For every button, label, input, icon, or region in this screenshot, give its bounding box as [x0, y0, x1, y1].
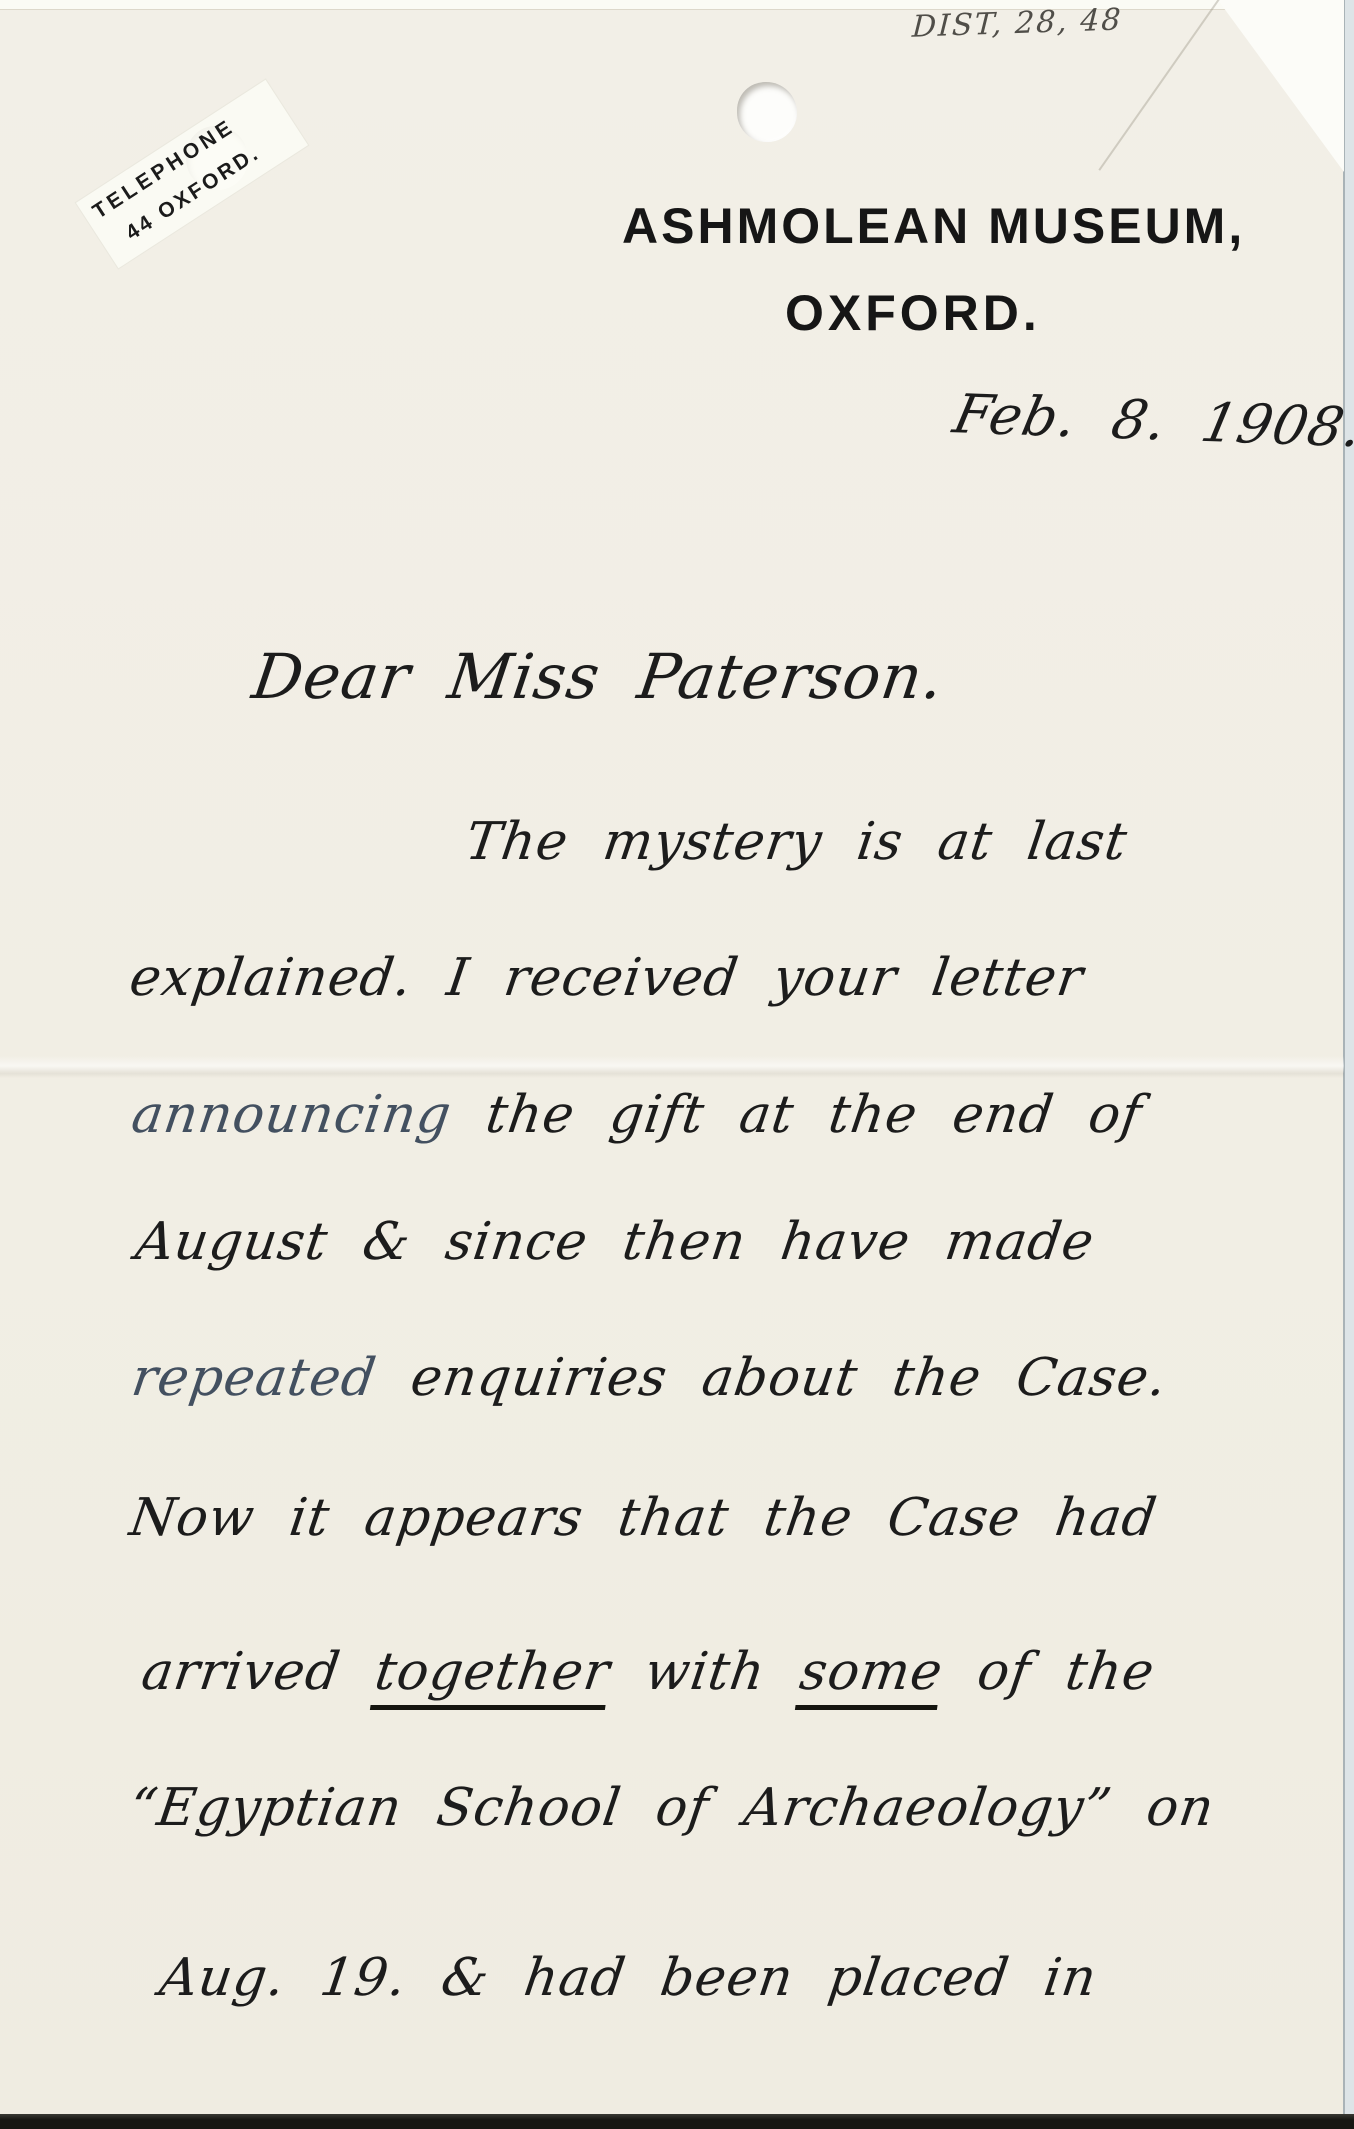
letterhead-institution: ASHMOLEAN MUSEUM,	[622, 197, 1245, 255]
salutation: Dear Miss Paterson.	[248, 640, 949, 713]
body-line-3-rest: the gift at the end of	[447, 1085, 1146, 1145]
body-line-5-blue-word: repeated	[128, 1348, 380, 1408]
punch-hole-right	[737, 82, 797, 142]
body-line-7-pre: arrived	[138, 1642, 380, 1702]
body-line-4: August & since then have made	[132, 1212, 1098, 1272]
body-line-3-blue-word: announcing	[128, 1085, 455, 1145]
pencil-annotation: DIST, 28, 48	[911, 2, 1123, 44]
body-line-7-mid: with	[606, 1642, 805, 1702]
scan-bottom-band	[0, 2114, 1354, 2129]
scanner-edge-right	[1343, 0, 1354, 2129]
body-line-3: announcing the gift at the end of	[128, 1085, 1146, 1145]
fold-crease	[0, 1056, 1344, 1078]
scanned-letter-page: DIST, 28, 48 TELEPHONE 44 OXFORD. ASHMOL…	[0, 0, 1354, 2129]
body-line-9: Aug. 19. & had been placed in	[156, 1948, 1101, 2008]
body-line-7-post: of the	[938, 1642, 1158, 1702]
body-line-8: “Egyptian School of Archaeology” on	[126, 1778, 1218, 1838]
body-line-7-underlined-together: together	[370, 1642, 614, 1710]
body-line-6: Now it appears that the Case had	[126, 1488, 1161, 1548]
body-line-5-rest: enquiries about the Case.	[372, 1348, 1171, 1408]
body-line-1: The mystery is at last	[462, 812, 1131, 872]
body-line-5: repeated enquiries about the Case.	[128, 1348, 1171, 1408]
body-line-7: arrived together with some of the	[138, 1642, 1158, 1702]
body-line-7-underlined-some: some	[795, 1642, 947, 1710]
body-line-2: explained. I received your letter	[126, 948, 1087, 1008]
letterhead-city: OXFORD.	[785, 284, 1041, 342]
